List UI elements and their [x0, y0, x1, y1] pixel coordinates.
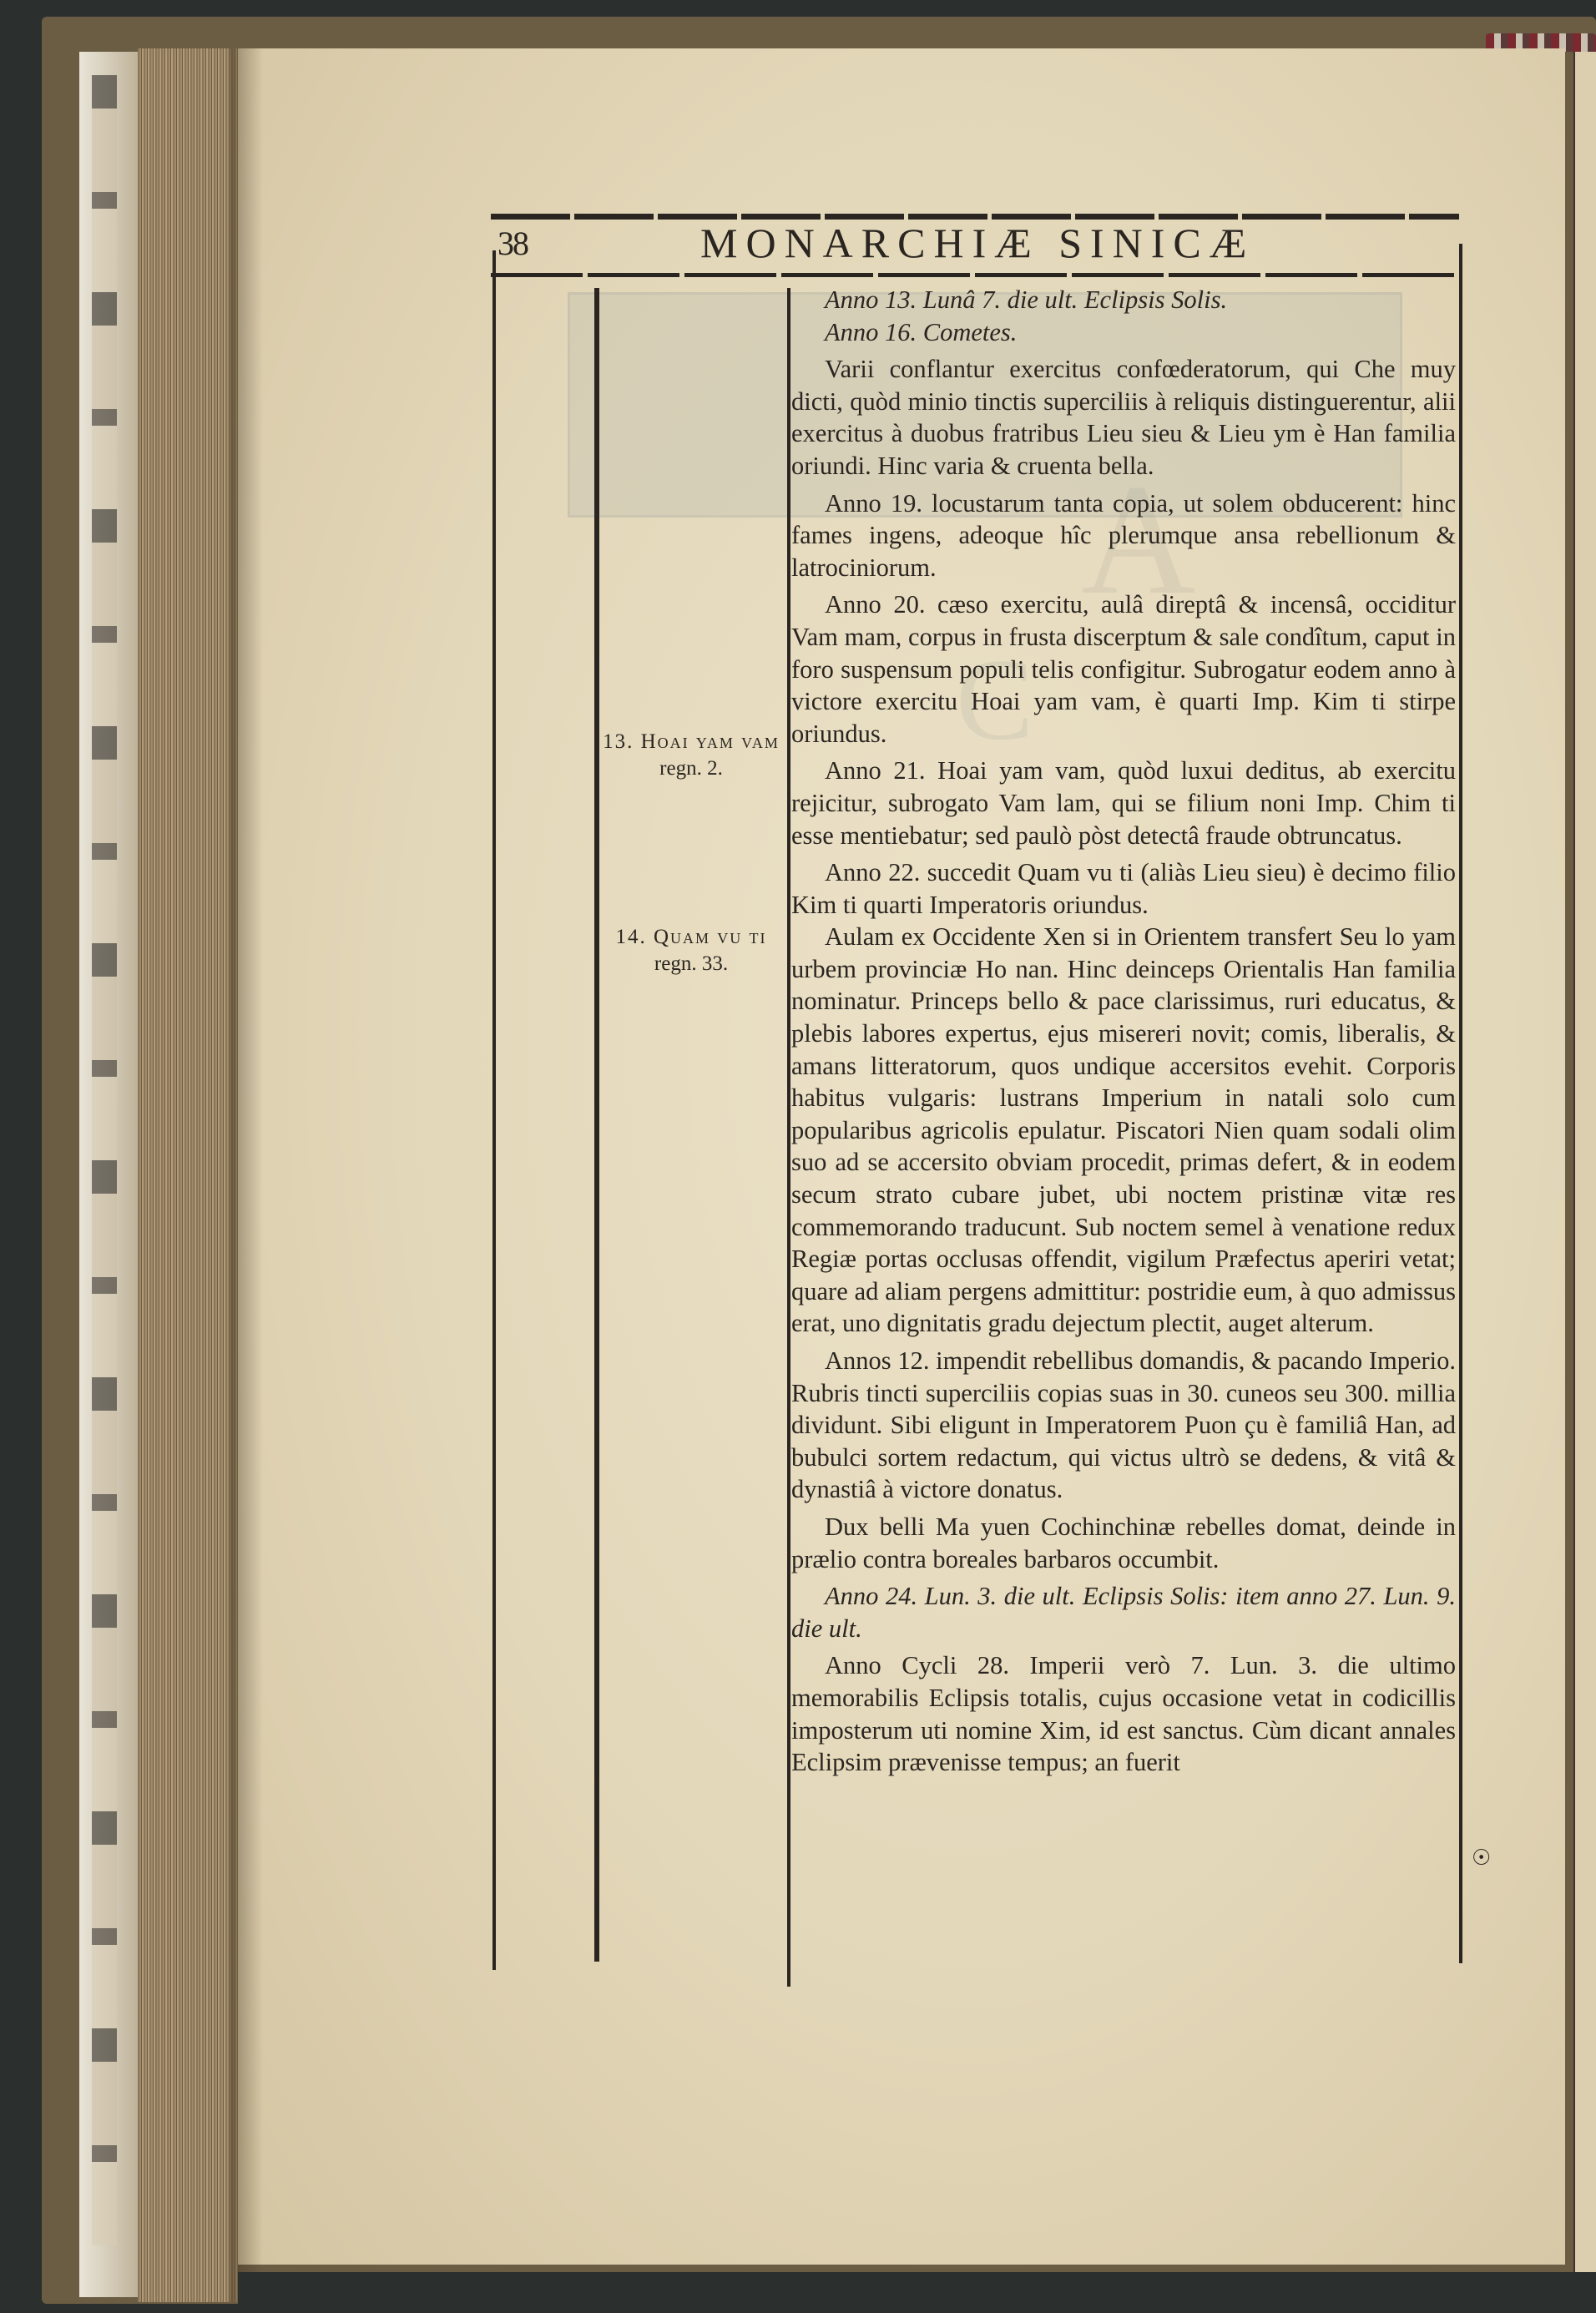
paragraph: Anno 16. Cometes. [791, 316, 1456, 349]
background [238, 2272, 1596, 2313]
facing-page-edge [1573, 52, 1596, 2305]
paragraph: Anno 19. locustarum tanta copia, ut sole… [791, 487, 1456, 584]
margin-entry-14: 14. Quam vu ti regn. 33. [594, 924, 788, 977]
paragraph: Anno 13. Lunâ 7. die ult. Eclipsis Solis… [791, 284, 1456, 316]
left-frame-line [492, 250, 496, 1970]
paragraph: Dux belli Ma yuen Cochinchinæ rebelles d… [791, 1511, 1456, 1575]
reign-length: regn. 2. [594, 755, 788, 782]
gutter-shadow [230, 48, 263, 2302]
reign-length: regn. 33. [594, 951, 788, 977]
paragraph: Aulam ex Occidente Xen si in Orientem tr… [791, 921, 1456, 1340]
paragraph: Anno 22. succedit Quam vu ti (aliàs Lieu… [791, 856, 1456, 921]
right-frame-line [1459, 244, 1462, 1963]
column-divider-outer [594, 288, 599, 1962]
paragraph: Anno 20. cæso exercitu, aulâ direptâ & i… [791, 588, 1456, 750]
page-block-edge [138, 48, 238, 2302]
running-head: 38 MONARCHIÆ SINICÆ [497, 219, 1457, 272]
header-rule [491, 273, 1459, 277]
emperor-name: 14. Quam vu ti [594, 924, 788, 951]
margin-entry-13: 13. Hoai yam vam regn. 2. [594, 729, 788, 782]
page-number: 38 [497, 224, 528, 263]
column-divider-inner [787, 288, 790, 1987]
page-title: MONARCHIÆ SINICÆ [700, 219, 1255, 267]
emperor-name: 13. Hoai yam vam [594, 729, 788, 755]
paragraph: Anno Cycli 28. Imperii verò 7. Lun. 3. d… [791, 1649, 1456, 1778]
paragraph: Varii conflantur exercitus confœderatoru… [791, 353, 1456, 482]
paragraph: Anno 21. Hoai yam vam, quòd luxui deditu… [791, 755, 1456, 851]
paragraph: Anno 24. Lun. 3. die ult. Eclipsis Solis… [791, 1580, 1456, 1644]
torn-endpaper-edge [92, 75, 117, 2245]
paragraph: Annos 12. impendit rebellibus domandis, … [791, 1345, 1456, 1506]
sun-symbol-icon: ☉ [1472, 1846, 1491, 1871]
main-text: Anno 13. Lunâ 7. die ult. Eclipsis Solis… [791, 284, 1456, 1784]
